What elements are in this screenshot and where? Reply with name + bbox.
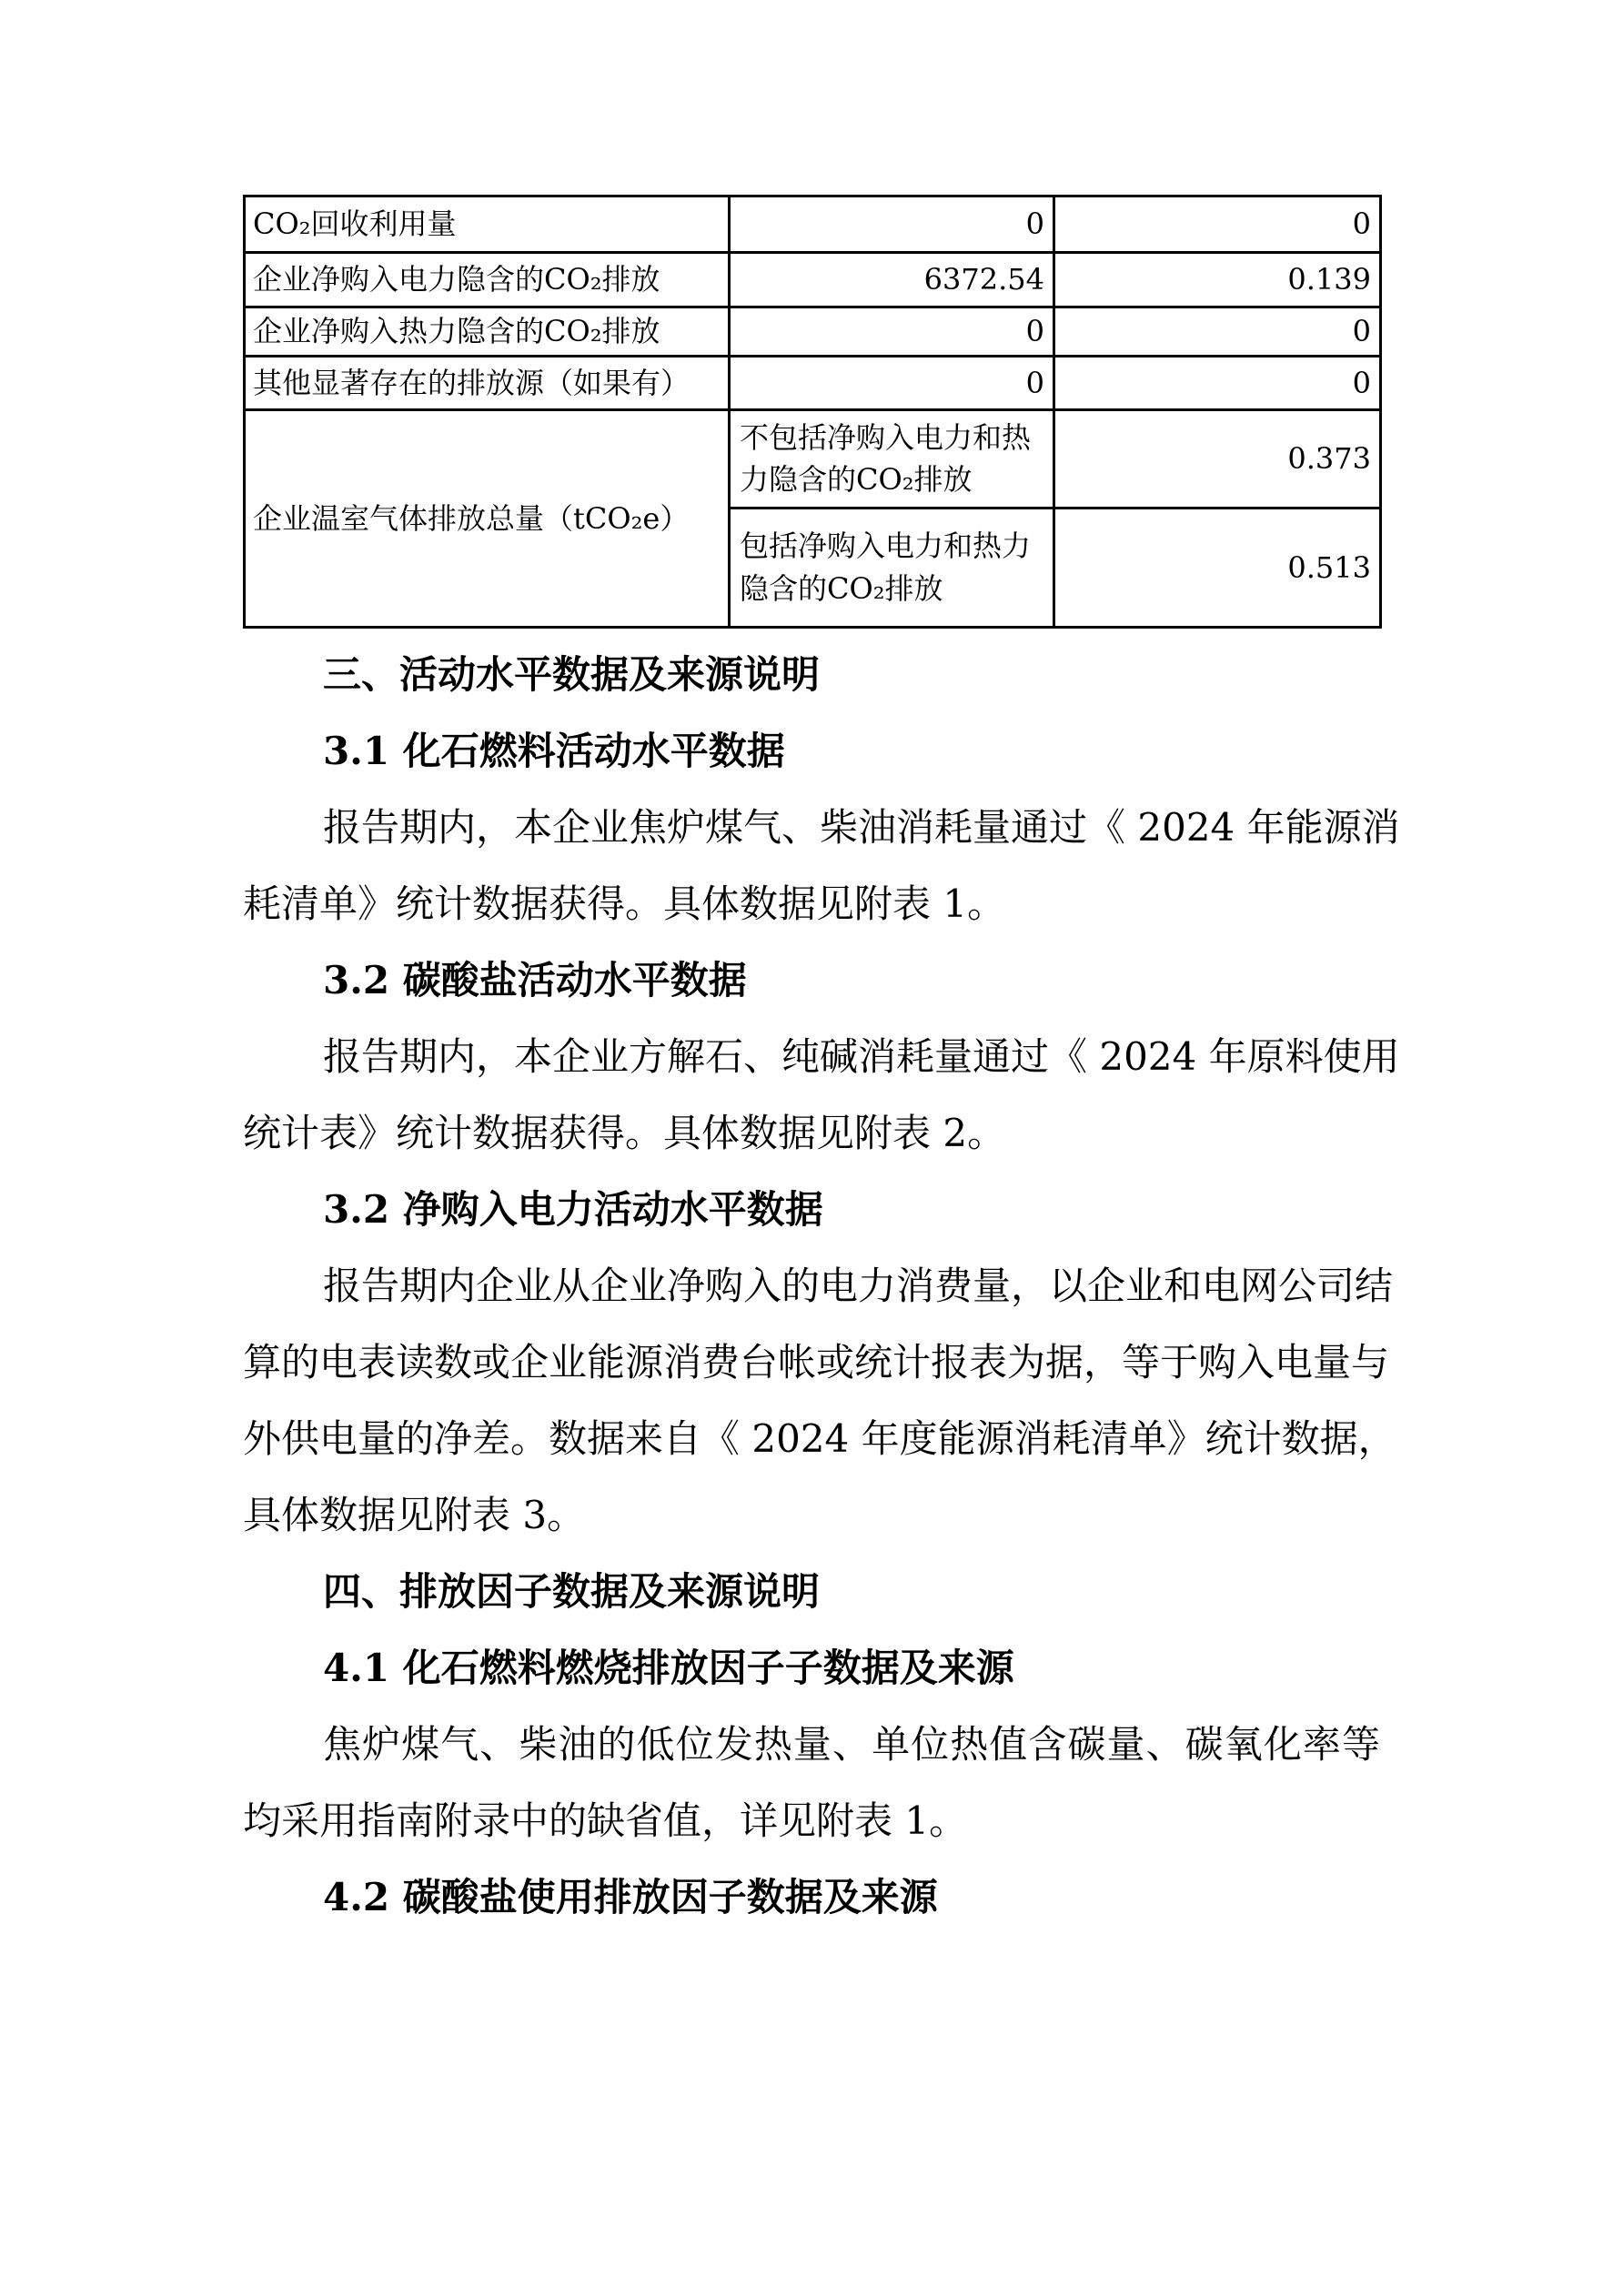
intensity-value-cell: 0.139	[1054, 253, 1381, 307]
intensity-value-cell: 0	[1054, 307, 1381, 357]
para-4-1-line-1: 焦炉煤气、柴油的低位发热量、单位热值含碳量、碳氧化率等	[243, 1707, 1380, 1783]
heading-3-2-carbonate: 3.2 碳酸盐活动水平数据	[243, 942, 1380, 1019]
para-electricity-line-1: 报告期内企业从企业净购入的电力消费量，以企业和电网公司结	[243, 1248, 1380, 1324]
row-label-cell: 其他显著存在的排放源（如果有）	[245, 357, 730, 410]
table-row-total-part1: 企业温室气体排放总量（tCO₂e） 不包括净购入电力和热力隐含的CO₂排放 0.…	[245, 410, 1381, 509]
para-4-1-line-2: 均采用指南附录中的缺省值，详见附表 1。	[243, 1783, 1380, 1859]
total-row-label-cell: 企业温室气体排放总量（tCO₂e）	[245, 410, 730, 628]
para-electricity-line-2: 算的电表读数或企业能源消费台帐或统计报表为据，等于购入电量与	[243, 1324, 1380, 1401]
row-label-cell: CO₂回收利用量	[245, 196, 730, 253]
para-3-1-line-2: 耗清单》统计数据获得。具体数据见附表 1。	[243, 866, 1380, 942]
emissions-summary-table: CO₂回收利用量 0 0 企业净购入电力隐含的CO₂排放 6372.54 0.1…	[243, 195, 1382, 629]
heading-3-2-electricity: 3.2 净购入电力活动水平数据	[243, 1172, 1380, 1248]
total-sub-value-cell: 0.373	[1054, 410, 1381, 509]
para-electricity-line-3: 外供电量的净差。数据来自《 2024 年度能源消耗清单》统计数据，	[243, 1401, 1380, 1477]
heading-section-4: 四、排放因子数据及来源说明	[243, 1554, 1380, 1630]
table-row: 企业净购入热力隐含的CO₂排放 0 0	[245, 307, 1381, 357]
table-row: CO₂回收利用量 0 0	[245, 196, 1381, 253]
intensity-value-cell: 0	[1054, 357, 1381, 410]
emission-value-cell: 0	[730, 196, 1054, 253]
emission-value-cell: 0	[730, 357, 1054, 410]
emission-value-cell: 6372.54	[730, 253, 1054, 307]
document-page: CO₂回收利用量 0 0 企业净购入电力隐含的CO₂排放 6372.54 0.1…	[0, 0, 1623, 2296]
intensity-value-cell: 0	[1054, 196, 1381, 253]
heading-3-1: 3.1 化石燃料活动水平数据	[243, 713, 1380, 790]
row-label-cell: 企业净购入热力隐含的CO₂排放	[245, 307, 730, 357]
table-row: 企业净购入电力隐含的CO₂排放 6372.54 0.139	[245, 253, 1381, 307]
heading-4-2: 4.2 碳酸盐使用排放因子数据及来源	[243, 1859, 1380, 1936]
total-sub-label-cell: 不包括净购入电力和热力隐含的CO₂排放	[730, 410, 1054, 509]
table-row: 其他显著存在的排放源（如果有） 0 0	[245, 357, 1381, 410]
emission-value-cell: 0	[730, 307, 1054, 357]
para-electricity-line-4: 具体数据见附表 3。	[243, 1477, 1380, 1554]
para-3-1-line-1: 报告期内，本企业焦炉煤气、柴油消耗量通过《 2024 年能源消	[243, 790, 1380, 866]
total-sub-value-cell: 0.513	[1054, 508, 1381, 627]
heading-4-1: 4.1 化石燃料燃烧排放因子子数据及来源	[243, 1630, 1380, 1707]
total-sub-label-cell: 包括净购入电力和热力隐含的CO₂排放	[730, 508, 1054, 627]
row-label-cell: 企业净购入电力隐含的CO₂排放	[245, 253, 730, 307]
para-3-2-line-1: 报告期内，本企业方解石、纯碱消耗量通过《 2024 年原料使用	[243, 1019, 1380, 1095]
heading-section-3: 三、活动水平数据及来源说明	[243, 637, 1380, 713]
para-3-2-line-2: 统计表》统计数据获得。具体数据见附表 2。	[243, 1095, 1380, 1172]
report-body: 三、活动水平数据及来源说明 3.1 化石燃料活动水平数据 报告期内，本企业焦炉煤…	[243, 637, 1380, 1936]
